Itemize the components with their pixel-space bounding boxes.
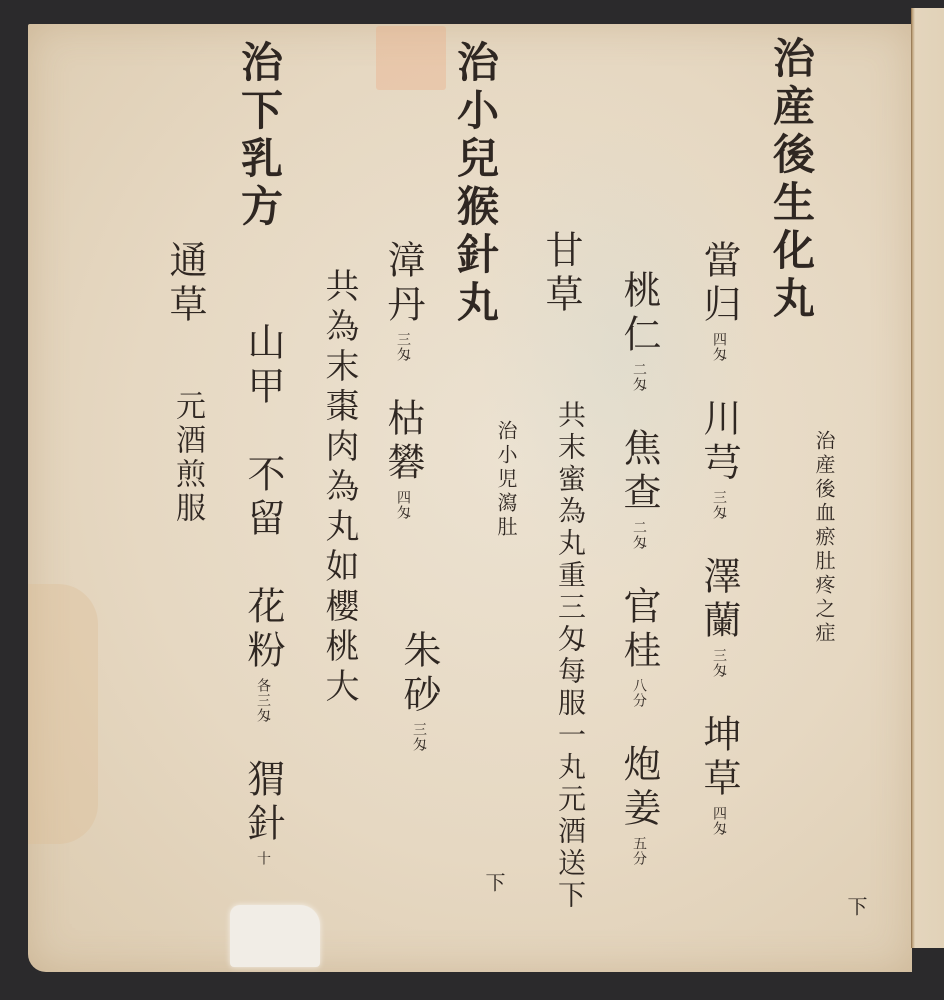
ingredient-name: 當归 (700, 240, 738, 328)
ingredient-name: 花粉 (244, 586, 282, 674)
ingredient-name: 川芎 (700, 398, 738, 486)
ingredient-dose: 三匁 (712, 648, 726, 678)
recipe1-ingredients-col2: 桃仁二匁 焦查二匁 官桂八分 炮姜五分 (620, 270, 658, 884)
recipe2-ingredients-col1: 漳丹三匁 枯礬四匁 (384, 240, 422, 538)
ingredient-name: 桃仁 (620, 270, 658, 358)
ingredient-dose: 四匁 (712, 332, 726, 362)
ingredient-name: 坤草 (700, 714, 738, 802)
ingredient-dose: 二匁 (632, 362, 646, 392)
ingredient-dose: 四匁 (396, 490, 410, 520)
recipe3-ingredients-col2: 通草 (166, 240, 204, 328)
ingredient-dose: 各三匁 (256, 678, 270, 723)
recipe2-ingredients-col2: 朱砂三匁 (400, 630, 438, 770)
faded-seal-stamp (376, 26, 446, 90)
recipe1-ingredients-col3: 甘草 (542, 230, 580, 318)
ingredient-dose: 三匁 (396, 332, 410, 362)
ingredient-name: 不留 (244, 454, 282, 542)
recipe2-title: 治小兒猴針丸 (454, 40, 496, 328)
ingredient-dose: 十 (256, 851, 270, 866)
ingredient-name: 通草 (166, 240, 204, 328)
recipe3-instructions: 元酒煎服 (172, 390, 202, 526)
ingredient-name: 焦查 (620, 428, 658, 516)
ingredient-dose: 八分 (632, 678, 646, 708)
recipe1-ingredients-col1: 當归四匁 川芎三匁 澤蘭三匁 坤草四匁 (700, 240, 738, 854)
recipe2-indication: 治小児瀉肚 (496, 420, 516, 540)
torn-paper-patch (230, 905, 320, 967)
ingredient-dose: 三匁 (412, 722, 426, 752)
recipe1-title: 治産後生化丸 (770, 36, 812, 324)
recipe3-title: 治下乳方 (238, 40, 280, 232)
recipe2-page-mark: 下 (484, 872, 504, 896)
ingredient-name: 山甲 (244, 322, 282, 410)
recipe3-ingredients-col1: 山甲 不留 花粉各三匁 猬針十 (244, 322, 282, 884)
ingredient-dose: 四匁 (712, 806, 726, 836)
ingredient-name: 朱砂 (400, 630, 438, 718)
ingredient-name: 澤蘭 (700, 556, 738, 644)
adjacent-page-edge (912, 8, 944, 948)
ingredient-name: 枯礬 (384, 398, 422, 486)
recipe2-instructions: 共為末棗肉為丸如櫻桃大 (322, 268, 356, 708)
ingredient-dose: 三匁 (712, 490, 726, 520)
ingredient-dose: 五分 (632, 836, 646, 866)
ingredient-name: 甘草 (542, 230, 580, 318)
recipe1-indication: 治産後血瘀肚疼之症 (814, 430, 834, 646)
recipe1-page-mark: 下 (846, 896, 866, 920)
ingredient-name: 猬針 (244, 759, 282, 847)
recipe1-instructions: 共末蜜為丸重三匁每服一丸元酒送下 (556, 400, 584, 912)
ingredient-name: 官桂 (620, 586, 658, 674)
ingredient-dose: 二匁 (632, 520, 646, 550)
ingredient-name: 炮姜 (620, 744, 658, 832)
ingredient-name: 漳丹 (384, 240, 422, 328)
